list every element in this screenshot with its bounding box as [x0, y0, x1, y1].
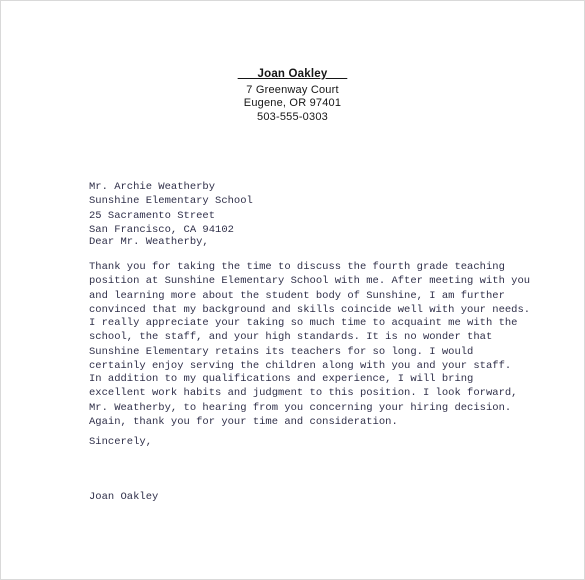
signature-name: Joan Oakley	[89, 490, 158, 504]
recipient-name: Mr. Archie Weatherby	[89, 180, 253, 194]
letterhead: ___Joan Oakley___ 7 Greenway Court Eugen…	[1, 68, 584, 124]
letterhead-phone: 503-555-0303	[1, 111, 584, 125]
recipient-organization: Sunshine Elementary School	[89, 194, 253, 208]
letterhead-address-line2: Eugene, OR 97401	[1, 97, 584, 111]
letterhead-name: ___Joan Oakley___	[238, 68, 348, 82]
body-paragraph-2: I really appreciate your taking so much …	[89, 316, 533, 373]
body-paragraph-1: Thank you for taking the time to discuss…	[89, 260, 533, 317]
recipient-address-block: Mr. Archie Weatherby Sunshine Elementary…	[89, 180, 253, 237]
closing: Sincerely,	[89, 435, 152, 449]
salutation: Dear Mr. Weatherby,	[89, 235, 209, 249]
letter-page: ___Joan Oakley___ 7 Greenway Court Eugen…	[0, 0, 585, 580]
letterhead-address-line1: 7 Greenway Court	[1, 84, 584, 98]
recipient-street: 25 Sacramento Street	[89, 209, 253, 223]
body-paragraph-3: In addition to my qualifications and exp…	[89, 372, 533, 429]
